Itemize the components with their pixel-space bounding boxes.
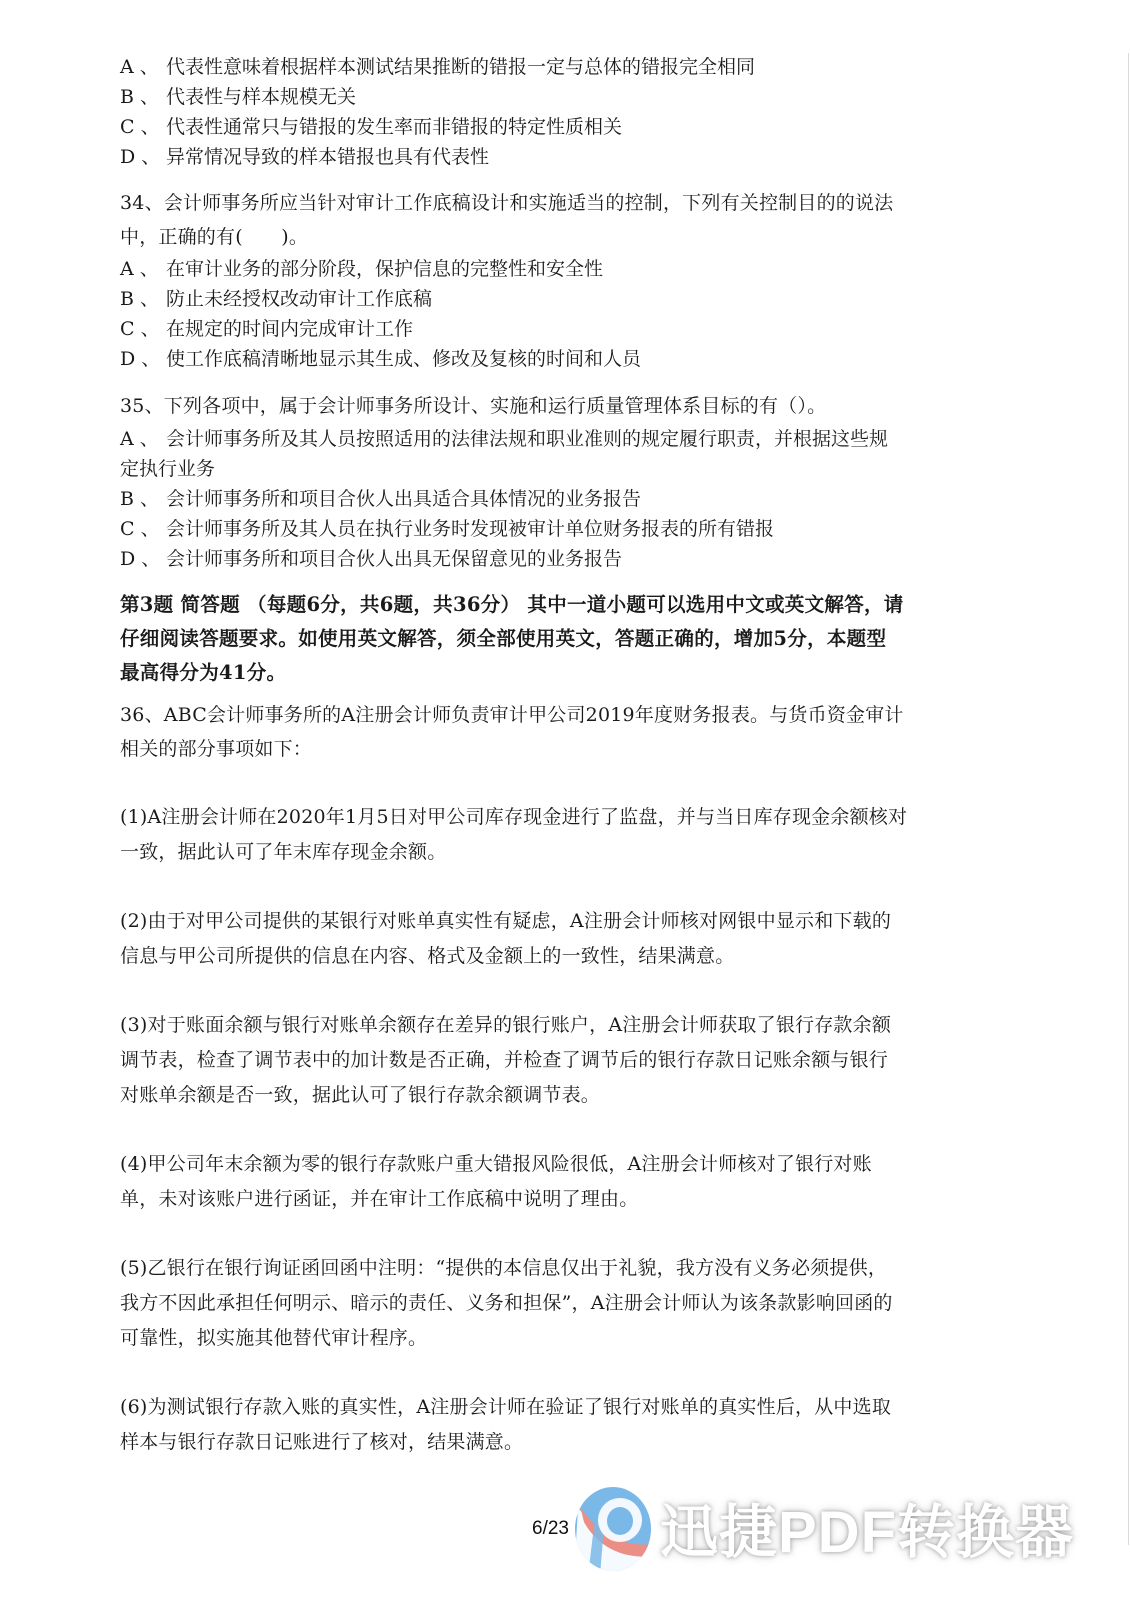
section-heading-line1: 第3题 简答题 （每题6分，共6题，共36分） 其中一道小题可以选用中文或英文解… [120, 588, 990, 622]
question-34-stem-line2: 中，正确的有( )。 [120, 220, 990, 254]
section-3-heading: 第3题 简答题 （每题6分，共6题，共36分） 其中一道小题可以选用中文或英文解… [120, 588, 990, 690]
option-a: A 、代表性意味着根据样本测试结果推断的错报一定与总体的错报完全相同 [120, 52, 990, 82]
page-edge-divider [1128, 53, 1129, 1545]
watermark-text: 迅捷PDF转换器 [660, 1498, 1074, 1568]
q36-item-4: (4)甲公司年末余额为零的银行存款账户重大错报风险很低，A注册会计师核对了银行对… [120, 1147, 990, 1217]
question-36: 36、ABC会计师事务所的A注册会计师负责审计甲公司2019年度财务报表。与货币… [120, 698, 990, 1460]
q36-item-1: (1)A注册会计师在2020年1月5日对甲公司库存现金进行了监盘，并与当日库存现… [120, 800, 990, 870]
question-36-stem-line1: 36、ABC会计师事务所的A注册会计师负责审计甲公司2019年度财务报表。与货币… [120, 698, 990, 732]
page-number: 6/23 [532, 1518, 569, 1540]
question-35: 35、下列各项中，属于会计师事务所设计、实施和运行质量管理体系目标的有（）。 A… [120, 388, 990, 574]
q36-item-6: (6)为测试银行存款入账的真实性，A注册会计师在验证了银行对账单的真实性后，从中… [120, 1390, 990, 1460]
option-a: A 、在审计业务的部分阶段，保护信息的完整性和安全性 [120, 254, 990, 284]
question-33-options: A 、代表性意味着根据样本测试结果推断的错报一定与总体的错报完全相同 B 、代表… [120, 52, 990, 172]
option-c: C 、在规定的时间内完成审计工作 [120, 314, 990, 344]
question-35-stem: 35、下列各项中，属于会计师事务所设计、实施和运行质量管理体系目标的有（）。 [120, 388, 990, 424]
q36-item-2: (2)由于对甲公司提供的某银行对账单真实性有疑虑，A注册会计师核对网银中显示和下… [120, 904, 990, 974]
option-c: C 、代表性通常只与错报的发生率而非错报的特定性质相关 [120, 112, 990, 142]
option-b: B 、代表性与样本规模无关 [120, 82, 990, 112]
q36-item-5: (5)乙银行在银行询证函回函中注明：“提供的本信息仅出于礼貌，我方没有义务必须提… [120, 1251, 990, 1356]
section-heading-line2: 仔细阅读答题要求。如使用英文解答，须全部使用英文，答题正确的，增加5分，本题型 [120, 622, 990, 656]
option-b: B 、防止未经授权改动审计工作底稿 [120, 284, 990, 314]
section-heading-line3: 最高得分为41分。 [120, 656, 990, 690]
option-c: C 、会计师事务所及其人员在执行业务时发现被审计单位财务报表的所有错报 [120, 514, 990, 544]
question-34: 34、会计师事务所应当针对审计工作底稿设计和实施适当的控制，下列有关控制目的的说… [120, 186, 990, 374]
q36-item-3: (3)对于账面余额与银行对账单余额存在差异的银行账户，A注册会计师获取了银行存款… [120, 1008, 990, 1113]
option-a-continuation: 定执行业务 [120, 454, 990, 484]
document-page: A 、代表性意味着根据样本测试结果推断的错报一定与总体的错报完全相同 B 、代表… [120, 52, 990, 1460]
question-34-stem-line1: 34、会计师事务所应当针对审计工作底稿设计和实施适当的控制，下列有关控制目的的说… [120, 186, 990, 220]
option-d: D 、使工作底稿清晰地显示其生成、修改及复核的时间和人员 [120, 344, 990, 374]
option-d: D 、异常情况导致的样本错报也具有代表性 [120, 142, 990, 172]
option-d: D 、会计师事务所和项目合伙人出具无保留意见的业务报告 [120, 544, 990, 574]
option-b: B 、会计师事务所和项目合伙人出具适合具体情况的业务报告 [120, 484, 990, 514]
option-a: A 、会计师事务所及其人员按照适用的法律法规和职业准则的规定履行职责，并根据这些… [120, 424, 990, 454]
question-36-stem-line2: 相关的部分事项如下： [120, 732, 990, 766]
xunjie-pdf-logo-icon [574, 1486, 652, 1572]
